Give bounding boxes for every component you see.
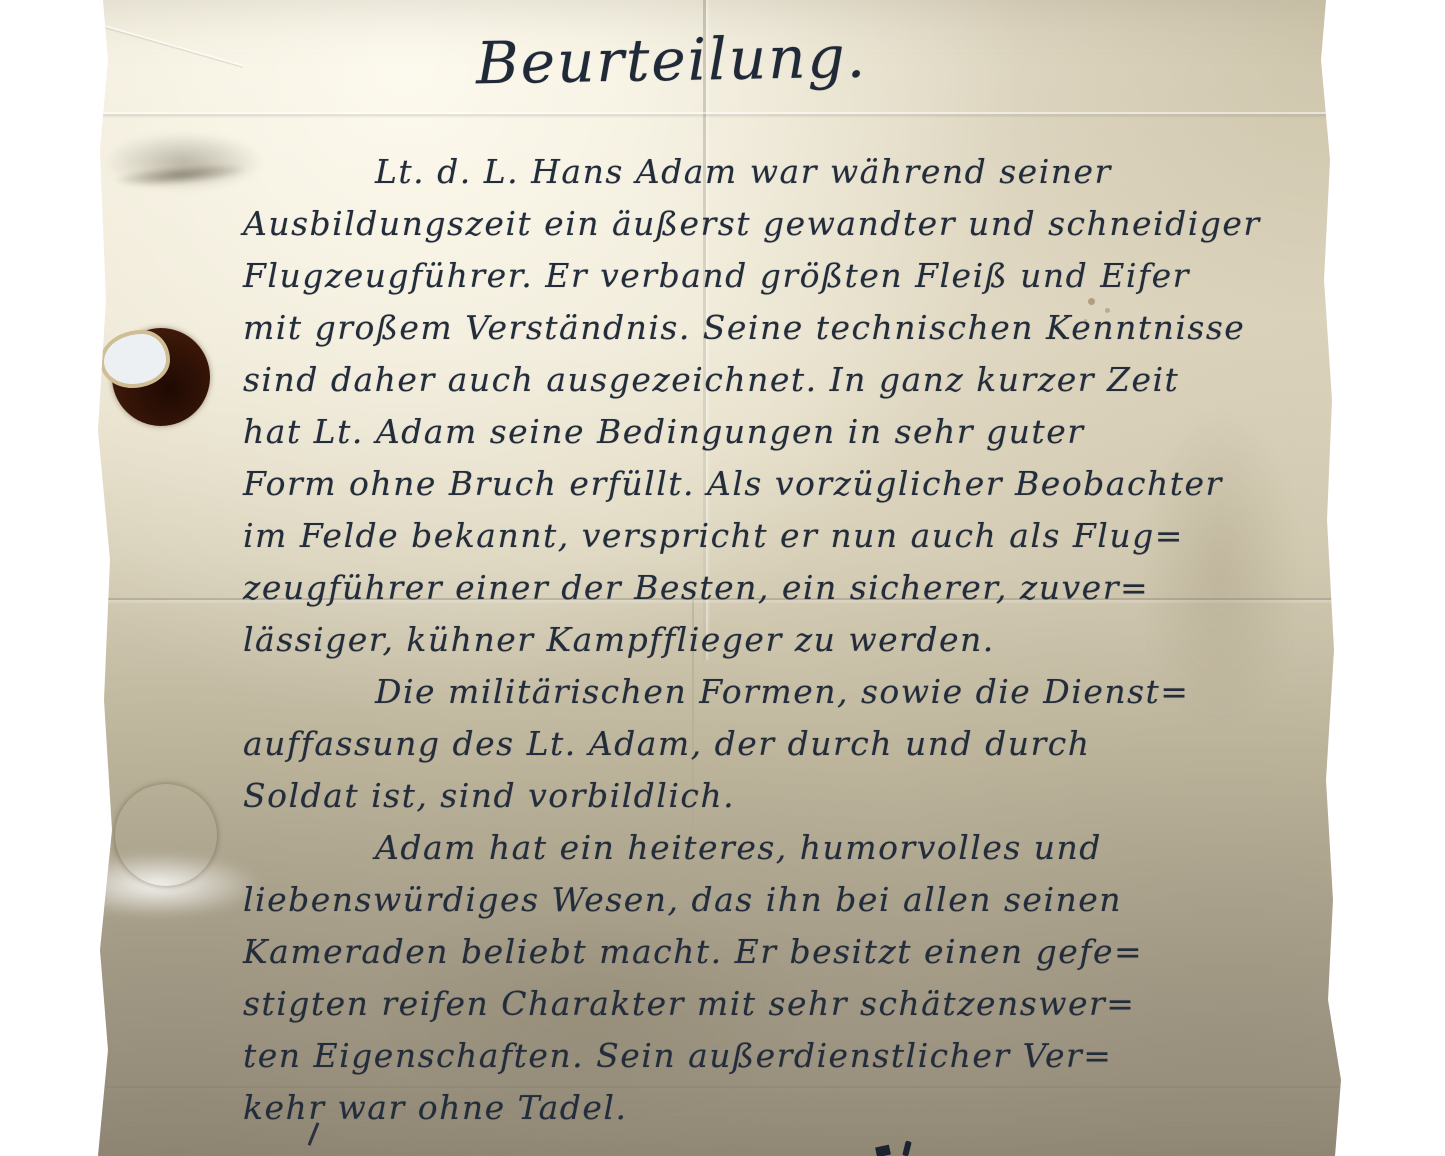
punch-hole-bottom	[115, 784, 217, 886]
cutoff-next-line-ink	[875, 1145, 891, 1156]
handwritten-line: im Felde bekannt, verspricht er nun auch…	[243, 510, 1303, 562]
document-title: Beurteilung.	[475, 23, 867, 98]
cutoff-next-line-ink	[902, 1140, 911, 1156]
handwritten-line: kehr war ohne Tadel.	[243, 1082, 1303, 1134]
handwritten-line: Adam hat ein heiteres, humorvolles und	[243, 822, 1303, 874]
handwritten-line: hat Lt. Adam seine Bedingungen in sehr g…	[243, 406, 1303, 458]
horizontal-crease-top	[100, 112, 1330, 114]
handwritten-line: zeugführer einer der Besten, ein sichere…	[243, 562, 1303, 614]
handwritten-line: Soldat ist, sind vorbildlich.	[243, 770, 1303, 822]
document-paper: Beurteilung. Lt. d. L. Hans Adam war wäh…	[0, 0, 1445, 1156]
handwritten-line: Lt. d. L. Hans Adam war während seiner	[243, 146, 1303, 198]
handwritten-line: liebenswürdiges Wesen, das ihn bei allen…	[243, 874, 1303, 926]
handwritten-line: mit großem Verständnis. Seine technische…	[243, 302, 1303, 354]
handwritten-line: Ausbildungszeit ein äußerst gewandter un…	[243, 198, 1303, 250]
handwritten-line: ten Eigenschaften. Sein außerdienstliche…	[243, 1030, 1303, 1082]
photo-background: Beurteilung. Lt. d. L. Hans Adam war wäh…	[0, 0, 1445, 1156]
handwritten-line: Kameraden beliebt macht. Er besitzt eine…	[243, 926, 1303, 978]
handwritten-line: Form ohne Bruch erfüllt. Als vorzügliche…	[243, 458, 1303, 510]
gray-smudge-stain	[104, 132, 264, 192]
torn-paper-edge	[104, 334, 166, 384]
punch-hole-top	[112, 328, 210, 426]
handwritten-line: auffassung des Lt. Adam, der durch und d…	[243, 718, 1303, 770]
dark-streak-stain	[115, 160, 246, 189]
handwritten-line: Die militärischen Formen, sowie die Dien…	[243, 666, 1303, 718]
diagonal-crease-top-left	[99, 23, 244, 66]
handwritten-line: sind daher auch ausgezeichnet. In ganz k…	[243, 354, 1303, 406]
letter-body: Lt. d. L. Hans Adam war während seiner A…	[243, 146, 1303, 1134]
handwritten-line: Flugzeugführer. Er verband größten Fleiß…	[243, 250, 1303, 302]
handwritten-line: lässiger, kühner Kampfflieger zu werden.	[243, 614, 1303, 666]
handwritten-line: stigten reifen Charakter mit sehr schätz…	[243, 978, 1303, 1030]
